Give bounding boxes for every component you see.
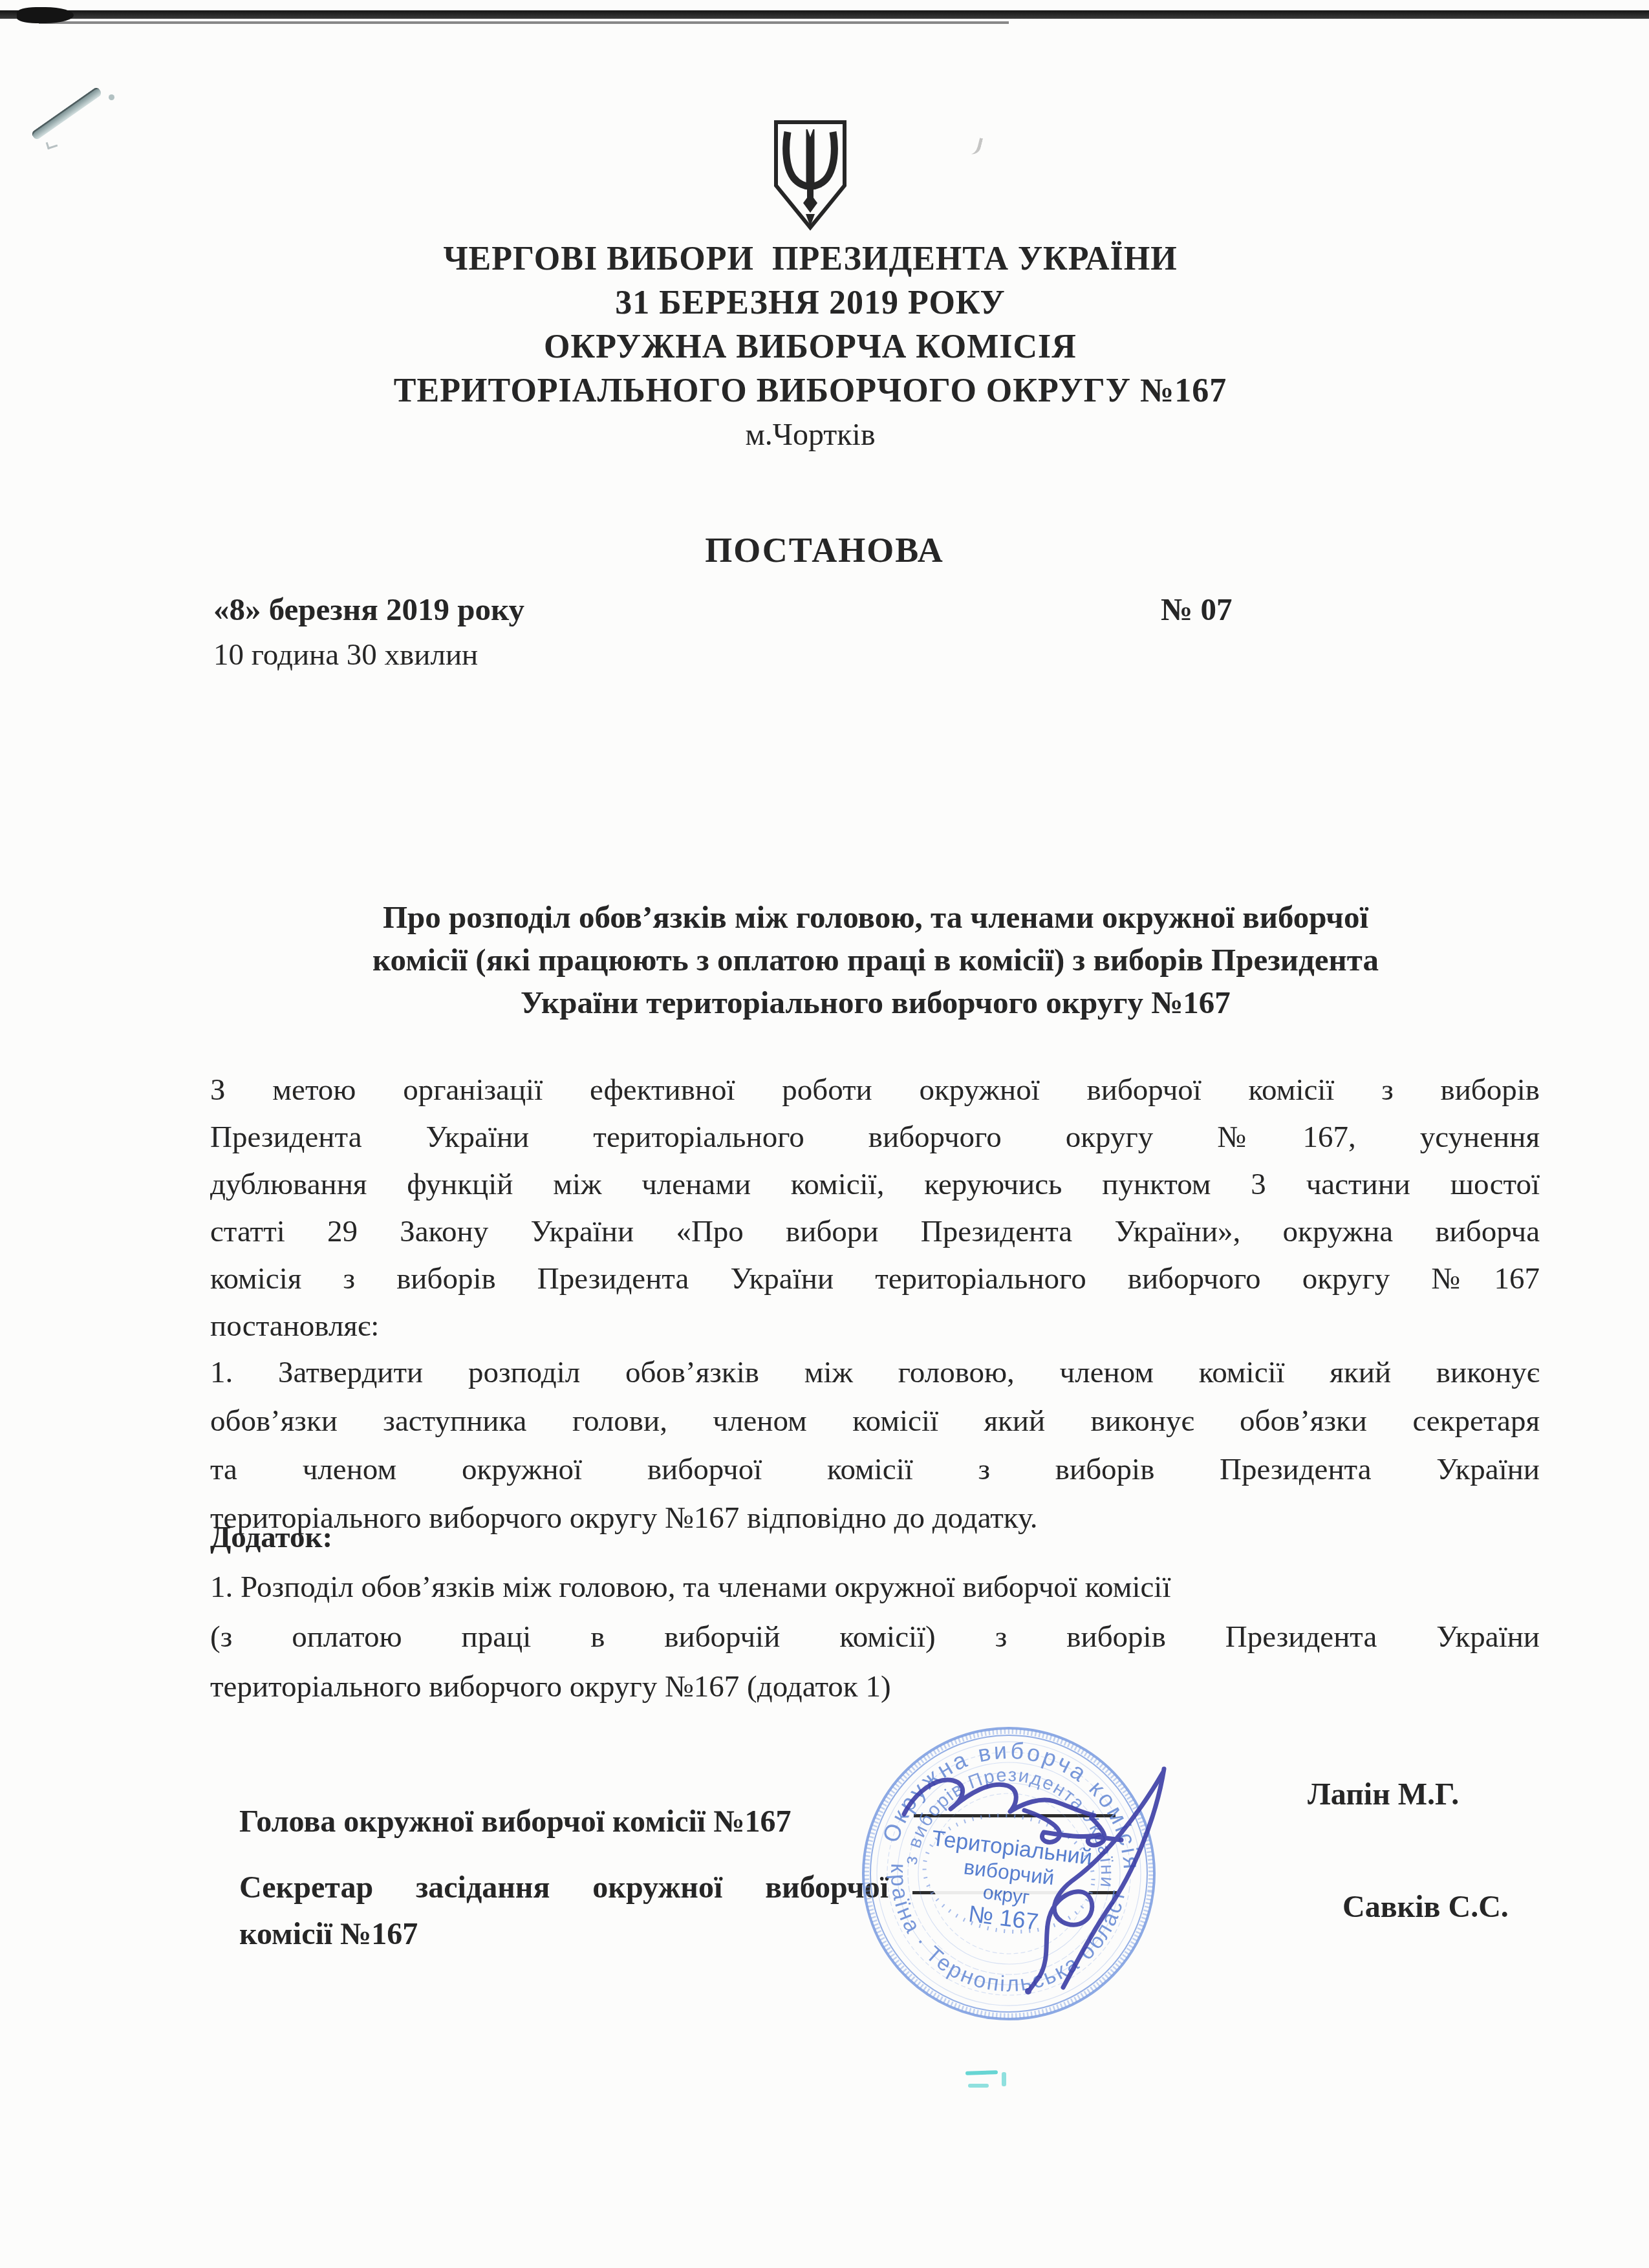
scanned-document-page: ЧЕРГОВІ ВИБОРИ ПРЕЗИДЕНТА УКРАЇНИ 31 БЕР… (0, 0, 1649, 2268)
subject-line: комісії (які працюють з оплатою праці в … (210, 939, 1541, 981)
signature-role-line: Секретар засідання окружної виборчої (239, 1865, 889, 1911)
ukraine-tryzub-emblem-icon (770, 118, 851, 232)
teal-mark-artifact (1002, 2072, 1006, 2086)
body-paragraph-1: З метою організації ефективної роботи ок… (210, 1067, 1540, 1350)
resolution-time: 10 година 30 хвилин (213, 637, 478, 672)
scan-edge-artifact (0, 10, 1649, 19)
attachment-line: (з оплатою праці в виборчій комісії) з в… (210, 1612, 1540, 1662)
header-line: ОКРУЖНА ВИБОРЧА КОМІСІЯ (0, 325, 1635, 369)
body-line: статті 29 Закону України «Про вибори Пре… (210, 1208, 1540, 1256)
subject-line: України територіального виборчого округу… (210, 981, 1541, 1024)
teal-mark-artifact (968, 2084, 989, 2088)
document-header: ЧЕРГОВІ ВИБОРИ ПРЕЗИДЕНТА УКРАЇНИ 31 БЕР… (0, 118, 1635, 457)
attachment-line: 1. Розподіл обов’язків між головою, та ч… (210, 1563, 1540, 1612)
body-line: З метою організації ефективної роботи ок… (210, 1067, 1540, 1114)
resolution-title: ПОСТАНОВА (0, 530, 1649, 570)
header-line: ЧЕРГОВІ ВИБОРИ ПРЕЗИДЕНТА УКРАЇНИ (0, 237, 1635, 281)
scan-edge-artifact-thin (39, 21, 1009, 24)
header-city: м.Чортків (0, 413, 1635, 457)
signature-scribble-secretary-2 (1029, 1773, 1163, 1990)
body-line: 1. Затвердити розподіл обов’язків між го… (210, 1349, 1540, 1397)
body-line: дублювання функцій між членами комісії, … (210, 1161, 1540, 1208)
resolution-number: № 07 (1161, 591, 1233, 628)
signature-scribble-head (904, 1780, 1094, 1815)
header-line: ТЕРИТОРІАЛЬНОГО ВИБОРЧОГО ОКРУГУ №167 (0, 369, 1635, 413)
body-line: обов’язки заступника голови, членом комі… (210, 1397, 1540, 1446)
resolution-subject: Про розподіл обов’язків між головою, та … (210, 896, 1541, 1024)
body-line: комісія з виборів Президента України тер… (210, 1256, 1540, 1303)
signature-role-secretary: Секретар засідання окружної виборчої ком… (239, 1865, 889, 1958)
attachment-label: Додаток: (210, 1513, 1540, 1563)
scan-edge-blob (17, 7, 74, 23)
signature-role-line: комісії №167 (239, 1911, 889, 1958)
subject-line: Про розподіл обов’язків між головою, та … (210, 896, 1541, 939)
resolution-date: «8» березня 2019 року (213, 592, 524, 627)
staple-dot-artifact (109, 94, 114, 100)
signature-role-head: Голова окружної виборчої комісії №167 (239, 1804, 791, 1839)
handwritten-signatures (828, 1668, 1636, 2043)
resolution-date-row: «8» березня 2019 року № 07 (213, 591, 1542, 628)
body-line: та членом окружної виборчої комісії з ви… (210, 1446, 1540, 1494)
header-line: 31 БЕРЕЗНЯ 2019 РОКУ (0, 281, 1635, 325)
body-line: постановляє: (210, 1303, 1540, 1350)
body-line: Президента України територіального вибор… (210, 1114, 1540, 1161)
teal-mark-artifact (965, 2070, 998, 2075)
